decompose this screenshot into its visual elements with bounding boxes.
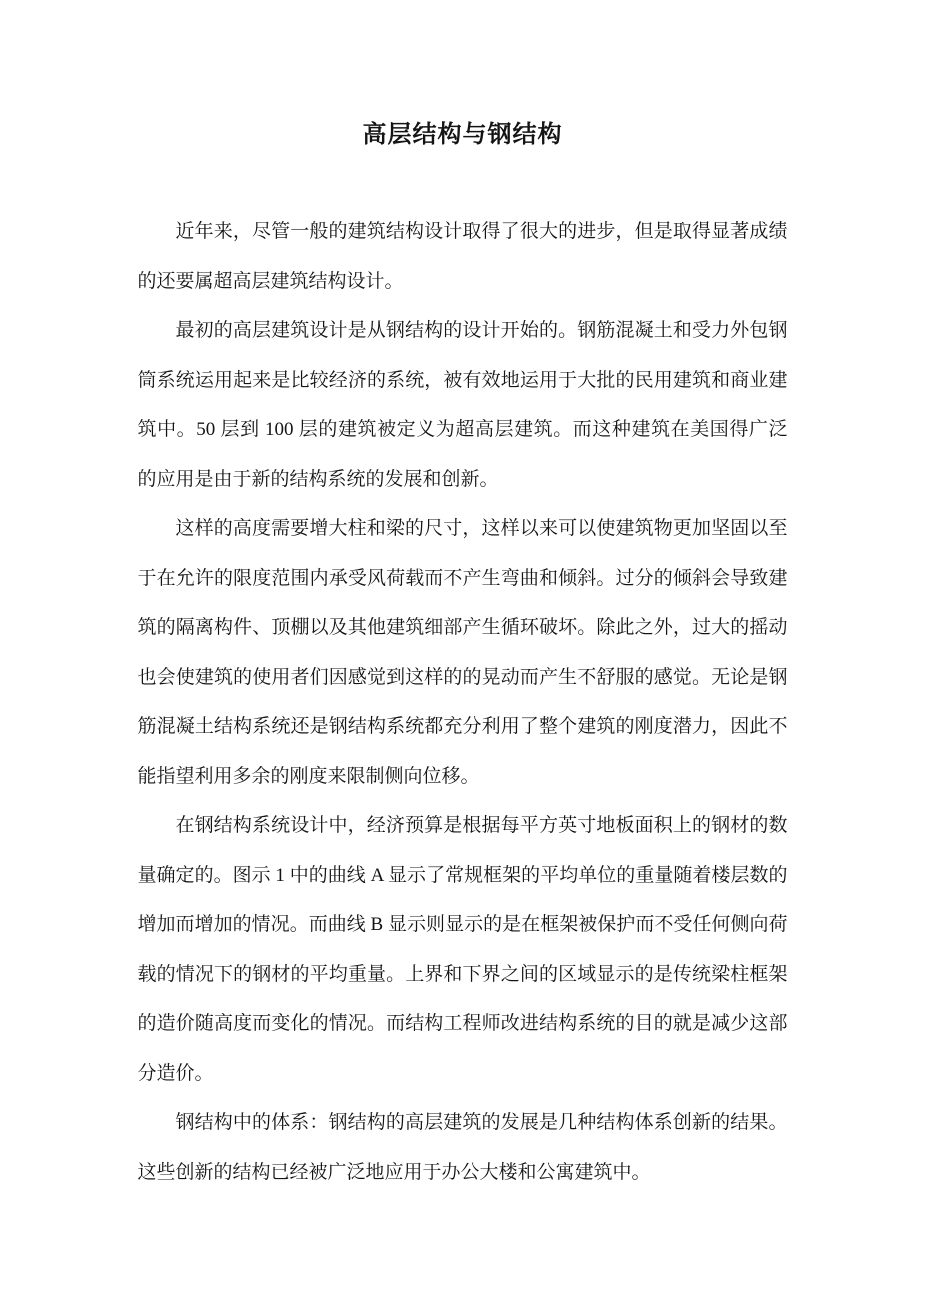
document-title: 高层结构与钢结构 [0,118,925,152]
paragraph-early-design: 最初的高层建筑设计是从钢结构的设计开始的。钢筋混凝土和受力外包钢筒系统运用起来是… [138,306,788,504]
paragraph-height-stiffness: 这样的高度需要增大柱和梁的尺寸，这样以来可以使建筑物更加坚固以至于在允许的限度范… [138,504,788,801]
document-body: 近年来，尽管一般的建筑结构设计取得了很大的进步，但是取得显著成绩的还要属超高层建… [138,207,788,1197]
paragraph-intro: 近年来，尽管一般的建筑结构设计取得了很大的进步，但是取得显著成绩的还要属超高层建… [138,207,788,306]
document-page: 高层结构与钢结构 近年来，尽管一般的建筑结构设计取得了很大的进步，但是取得显著成… [0,0,925,1309]
paragraph-steel-systems: 钢结构中的体系：钢结构的高层建筑的发展是几种结构体系创新的结果。这些创新的结构已… [138,1098,788,1197]
paragraph-steel-economy: 在钢结构系统设计中，经济预算是根据每平方英寸地板面积上的钢材的数量确定的。图示 … [138,801,788,1098]
